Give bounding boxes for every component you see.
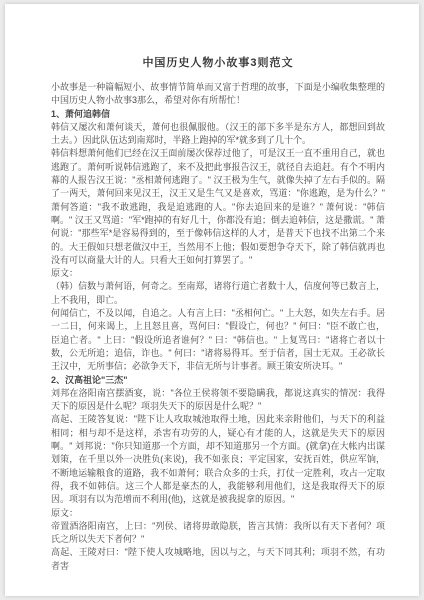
document-page: 中国历史人物小故事3则范文 小故事是一种篇幅短小、故事情节简单而又富于哲理的故事…	[5, 4, 419, 596]
document-title: 中国历史人物小故事3则范文	[51, 54, 385, 70]
section-1-paragraph-2: 韩信料想萧何他们已经在汉王面前屡次保荐过他了，可是汉王一直不重用自己，就也逃跑了…	[51, 147, 385, 267]
section-2-original-paragraph-1: 帝置酒洛阳南宫，上曰："列侯、诸将毋敢隐朕，皆言其情：我所以有天下者何？项氏之所…	[51, 520, 385, 547]
intro-paragraph: 小故事是一种篇幅短小、故事情节简单而又富于哲理的故事，下面是小编收集整理的中国历…	[51, 81, 385, 108]
section-1-paragraph-1: 韩信又屡次和萧何谈天，萧何也很佩服他。（汉王的部下多半是东方人，都想回到故土去。…	[51, 121, 385, 148]
section-2-original-paragraph-2: 高起、王陵对曰："陛下使人攻城略地，因以与之，与天下同其利；项羽不然，有功者害	[51, 546, 385, 573]
section-1-original-paragraph-1: （韩）信数与萧何语，何奇之。至南郑，诸将行道亡者数十人，信度何等已数言上，上不我…	[51, 280, 385, 307]
section-2-paragraph-1: 刘邦在洛阳南宫摆酒宴，说："各位王侯将领不要隐瞒我，都说这真实的情况：我得天下的…	[51, 387, 385, 414]
document-content: 中国历史人物小故事3则范文 小故事是一种篇幅短小、故事情节简单而又富于哲理的故事…	[5, 4, 419, 573]
section-2-heading: 2、汉高祖论"三杰"	[51, 374, 385, 387]
section-2-original-label: 原文：	[51, 507, 385, 520]
section-1-original-label: 原文：	[51, 267, 385, 280]
section-1-original-paragraph-2: 何闻信亡，不及以闻，自追之。人有言上曰："丞相何亡。" 上大怒，如失左右手。居一…	[51, 307, 385, 373]
section-2-paragraph-2: 高起、王陵答复说："陛下让人攻取城池取得土地，因此来亲附他们，与天下的利益相同；…	[51, 413, 385, 506]
section-1-heading: 1、萧何追韩信	[51, 108, 385, 121]
